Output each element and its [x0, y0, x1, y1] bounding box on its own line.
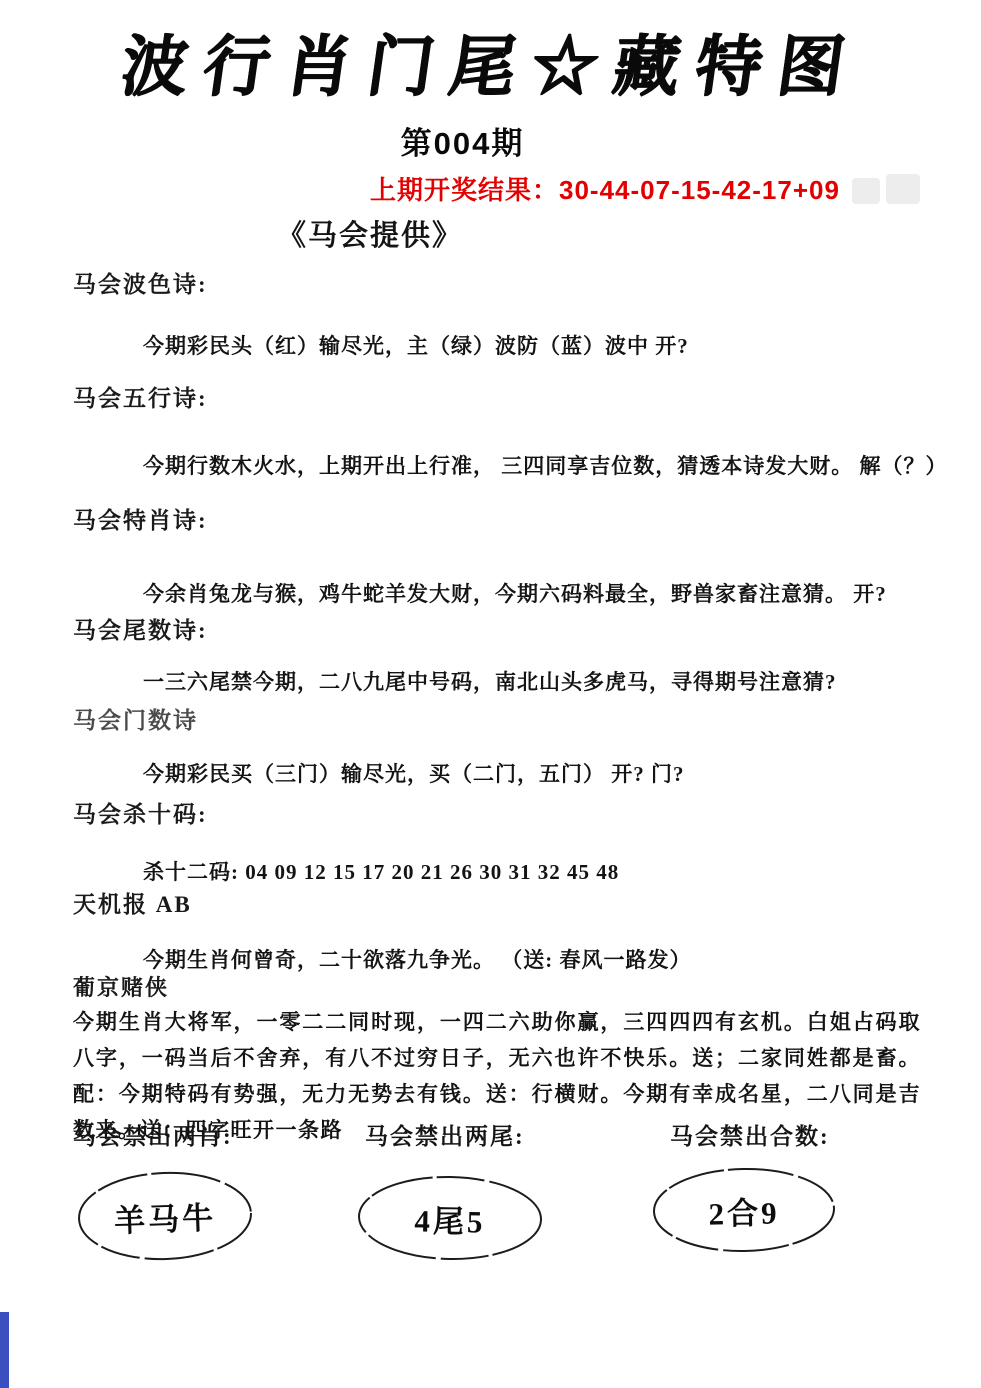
scan-artifact [886, 174, 920, 204]
forbidden-tail-oval: 4尾5 [354, 1172, 546, 1263]
last-draw-result: 上期开奖结果：30-44-07-15-42-17+09 [370, 170, 840, 207]
poem-menshu: 今期彩民买（三门）输尽光，买（二门，五门） 开? 门? [143, 758, 685, 788]
issue-number: 第004期 [0, 118, 925, 163]
section-label-menshu-poem: 马会门数诗 [73, 702, 198, 735]
poem-tianji: 今期生肖何曾奇，二十欲落九争光。 （送: 春风一路发） [143, 944, 692, 974]
provider-heading: 《马会提供》 [277, 213, 463, 254]
forbidden-sum-oval: 2合9 [649, 1164, 839, 1255]
forbidden-sum-value: 2合9 [708, 1187, 780, 1233]
section-label-weishu-poem: 马会尾数诗: [73, 612, 208, 645]
poem-weishu: 一三六尾禁今期，二八九尾中号码，南北山头多虎马，寻得期号注意猜? [143, 666, 837, 696]
forbidden-tail-value: 4尾5 [414, 1195, 486, 1241]
forbidden-zodiac-oval: 羊马牛 [73, 1167, 256, 1265]
forbidden-sum-label: 马会禁出合数: [670, 1118, 830, 1151]
section-label-bose-poem: 马会波色诗: [73, 266, 208, 299]
forbidden-zodiac-label: 马会禁出两肖: [73, 1118, 233, 1151]
poem-wuxing: 今期行数木火水，上期开出上行准， 三四同享吉位数，猜透本诗发大财。 解（？） [143, 450, 948, 480]
kill-codes-line: 杀十二码: 04 09 12 15 17 20 21 26 30 31 32 4… [143, 856, 619, 886]
blue-edge-strip [0, 1312, 9, 1388]
lottery-tip-sheet: 波行肖门尾☆藏特图 第004期 上期开奖结果：30-44-07-15-42-17… [0, 0, 981, 1388]
section-label-tianji-report: 天机报 AB [73, 886, 192, 919]
poem-bose: 今期彩民头（红）输尽光，主（绿）波防（蓝）波中 开? [143, 330, 689, 360]
forbidden-tail-label: 马会禁出两尾: [365, 1118, 525, 1151]
section-label-pujing-gambler: 葡京赌侠 [73, 971, 169, 1002]
scan-artifact [852, 178, 880, 204]
section-label-kill-codes: 马会杀十码: [73, 796, 208, 829]
forbidden-zodiac-value: 羊马牛 [113, 1192, 217, 1241]
last-draw-result-label: 上期开奖结果： [370, 175, 559, 205]
last-draw-result-numbers: 30-44-07-15-42-17+09 [559, 175, 840, 205]
poem-texiao: 今余肖兔龙与猴，鸡牛蛇羊发大财，今期六码料最全，野兽家畜注意猜。 开? [143, 578, 887, 608]
section-label-wuxing-poem: 马会五行诗: [73, 380, 208, 413]
section-label-texiao-poem: 马会特肖诗: [73, 502, 208, 535]
page-title: 波行肖门尾☆藏特图 [0, 20, 981, 116]
